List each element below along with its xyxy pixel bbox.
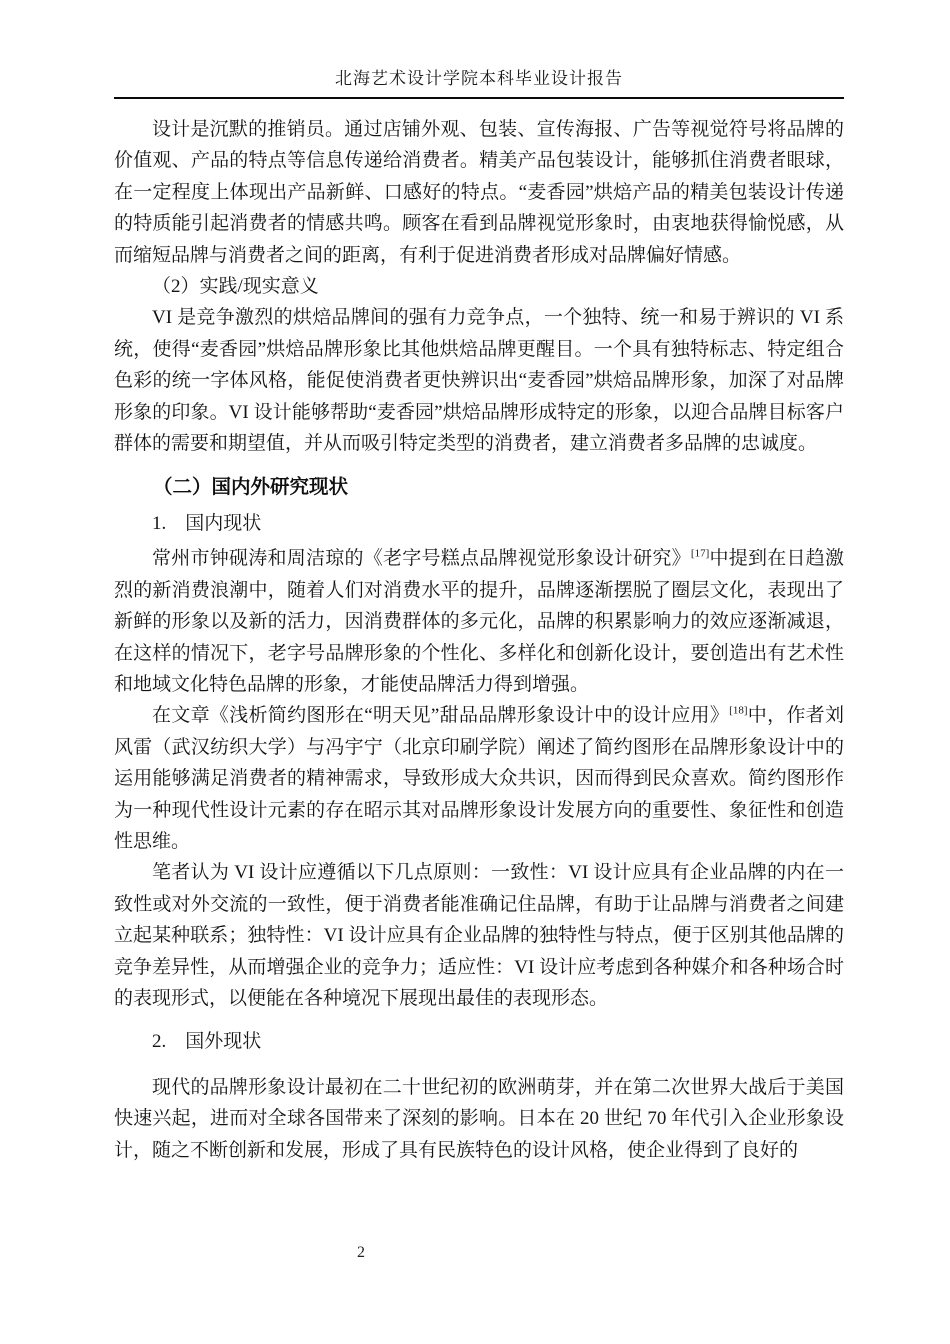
header-title: 北海艺术设计学院本科毕业设计报告 <box>114 64 844 89</box>
heading-foreign-status: 2. 国外现状 <box>114 1026 844 1057</box>
article-analysis-text-post: 中，作者刘风雷（武汉纺织大学）与冯宇宁（北京印刷学院）阐述了简约图形在品牌形象设… <box>114 705 844 852</box>
page-body: 设计是沉默的推销员。通过店铺外观、包装、宣传海报、广告等视觉符号将品牌的价值观、… <box>114 114 844 1166</box>
heading-domestic-status: 1. 国内现状 <box>114 508 844 539</box>
domestic-research-text-post: 中提到在日趋激烈的新消费浪潮中，随着人们对消费水平的提升，品牌逐渐摆脱了圈层文化… <box>114 548 844 695</box>
domestic-research-text-pre: 常州市钟砚涛和周洁琼的《老字号糕点品牌视觉形象设计研究》 <box>152 548 691 569</box>
paragraph-article-analysis: 在文章《浅析简约图形在“明天见”甜品品牌形象设计中的设计应用》[18]中，作者刘… <box>114 700 844 857</box>
paragraph-design-intro: 设计是沉默的推销员。通过店铺外观、包装、宣传海报、广告等视觉符号将品牌的价值观、… <box>114 114 844 271</box>
page-footer: 2 <box>357 1244 365 1262</box>
citation-ref-18: [18] <box>729 705 747 717</box>
article-analysis-text-pre: 在文章《浅析简约图形在“明天见”甜品品牌形象设计中的设计应用》 <box>152 705 729 726</box>
paragraph-foreign-research: 现代的品牌形象设计最初在二十世纪初的欧洲萌芽，并在第二次世界大战后于美国快速兴起… <box>114 1072 844 1166</box>
document-page: 北海艺术设计学院本科毕业设计报告 设计是沉默的推销员。通过店铺外观、包装、宣传海… <box>0 0 950 1344</box>
page-number: 2 <box>357 1244 365 1261</box>
page-header: 北海艺术设计学院本科毕业设计报告 <box>114 64 844 99</box>
citation-ref-17: [17] <box>691 548 709 560</box>
heading-practical-significance: （2）实践/现实意义 <box>114 271 844 302</box>
heading-research-status: （二）国内外研究现状 <box>114 472 844 503</box>
paragraph-domestic-research: 常州市钟砚涛和周洁琼的《老字号糕点品牌视觉形象设计研究》[17]中提到在日趋激烈… <box>114 543 844 700</box>
paragraph-vi-competition: VI 是竞争激烈的烘焙品牌间的强有力竞争点，一个独特、统一和易于辨识的 VI 系… <box>114 302 844 459</box>
paragraph-vi-principles: 笔者认为 VI 设计应遵循以下几点原则：一致性：VI 设计应具有企业品牌的内在一… <box>114 857 844 1014</box>
